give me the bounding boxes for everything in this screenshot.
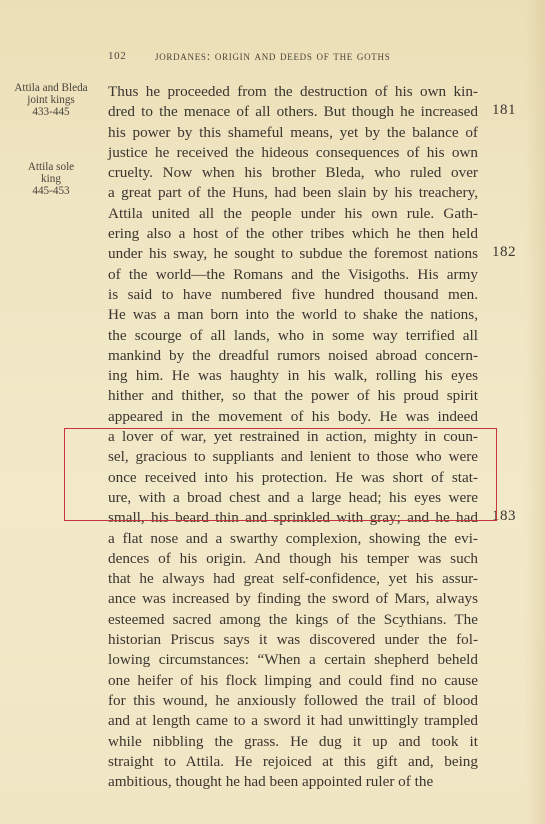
text-line: lowing circumstances: “When a certain sh… [108, 650, 478, 670]
text-line: straight to Attila. He rejoiced at this … [108, 752, 478, 772]
running-head: 102 JORDANES: ORIGIN AND DEEDS OF THE GO… [108, 50, 478, 66]
running-title: JORDANES: ORIGIN AND DEEDS OF THE GOTHS [155, 48, 390, 64]
text-line: Attila united all the people under his o… [108, 204, 478, 224]
text-line: small, his beard thin and sprinkled with… [108, 508, 478, 528]
text-line: of the world—the Romans and the Visigoth… [108, 265, 478, 285]
text-line: a great part of the Huns, had been slain… [108, 183, 478, 203]
margin-note-line: Attila sole [2, 161, 100, 173]
text-line: He was a man born into the world to shak… [108, 305, 478, 325]
page-number: 102 [108, 50, 126, 62]
text-line: ering also a host of the other tribes wh… [108, 224, 478, 244]
margin-note-line: Attila and Bleda [2, 82, 100, 94]
text-line: a lover of war, yet restrained in action… [108, 427, 478, 447]
page-edge-shadow [525, 0, 545, 824]
margin-note-joint-kings: Attila and Bleda joint kings 433-445 [2, 82, 100, 118]
text-line: and at length came to a sword it had unw… [108, 711, 478, 731]
text-line: one heifer of his flock limping and coul… [108, 671, 478, 691]
margin-note-line: joint kings [2, 94, 100, 106]
text-line: that he always had great self-confidence… [108, 569, 478, 589]
text-line: esteemed sacred among the kings of the S… [108, 610, 478, 630]
text-line: once received into his protection. He wa… [108, 468, 478, 488]
text-line: ambitious, thought he had been appointed… [108, 772, 478, 792]
text-line: for this wound, he anxiously followed th… [108, 691, 478, 711]
text-line: ance was increased by finding the sword … [108, 589, 478, 609]
text-line: while nibbling the grass. He dug it up a… [108, 732, 478, 752]
margin-note-line: 433-445 [2, 106, 100, 118]
text-line: a flat nose and a swarthy complexion, sh… [108, 529, 478, 549]
text-line: ing him. He was haughty in his walk, rol… [108, 366, 478, 386]
text-line: under his sway, he sought to subdue the … [108, 244, 478, 264]
margin-note-line: king [2, 173, 100, 185]
text-line: mankind by the dreadful rumors noised ab… [108, 346, 478, 366]
text-line: historian Priscus says it was discovered… [108, 630, 478, 650]
margin-note-line: 445-453 [2, 185, 100, 197]
section-number-183: 183 [492, 508, 516, 525]
text-line: sel, gracious to suppliants and lenient … [108, 447, 478, 467]
text-line: his power by this shameful means, yet by… [108, 123, 478, 143]
text-line: the scourge of all lands, who in some wa… [108, 326, 478, 346]
text-line: is said to have numbered five hundred th… [108, 285, 478, 305]
text-line: dences of his origin. And though his tem… [108, 549, 478, 569]
margin-note-sole-king: Attila sole king 445-453 [2, 161, 100, 197]
body-text: Thus he proceeded from the destruction o… [108, 82, 478, 792]
text-line: hither and thither, so that the power of… [108, 386, 478, 406]
text-line: Thus he proceeded from the destruction o… [108, 82, 478, 102]
text-line: ure, with a broad chest and a large head… [108, 488, 478, 508]
text-line: dred to the menace of all others. But th… [108, 102, 478, 122]
text-line: justice he received the hideous conseque… [108, 143, 478, 163]
section-number-181: 181 [492, 102, 516, 119]
section-number-182: 182 [492, 244, 516, 261]
text-line: appeared in the movement of his body. He… [108, 407, 478, 427]
text-line: cruelty. Now when his brother Bleda, who… [108, 163, 478, 183]
